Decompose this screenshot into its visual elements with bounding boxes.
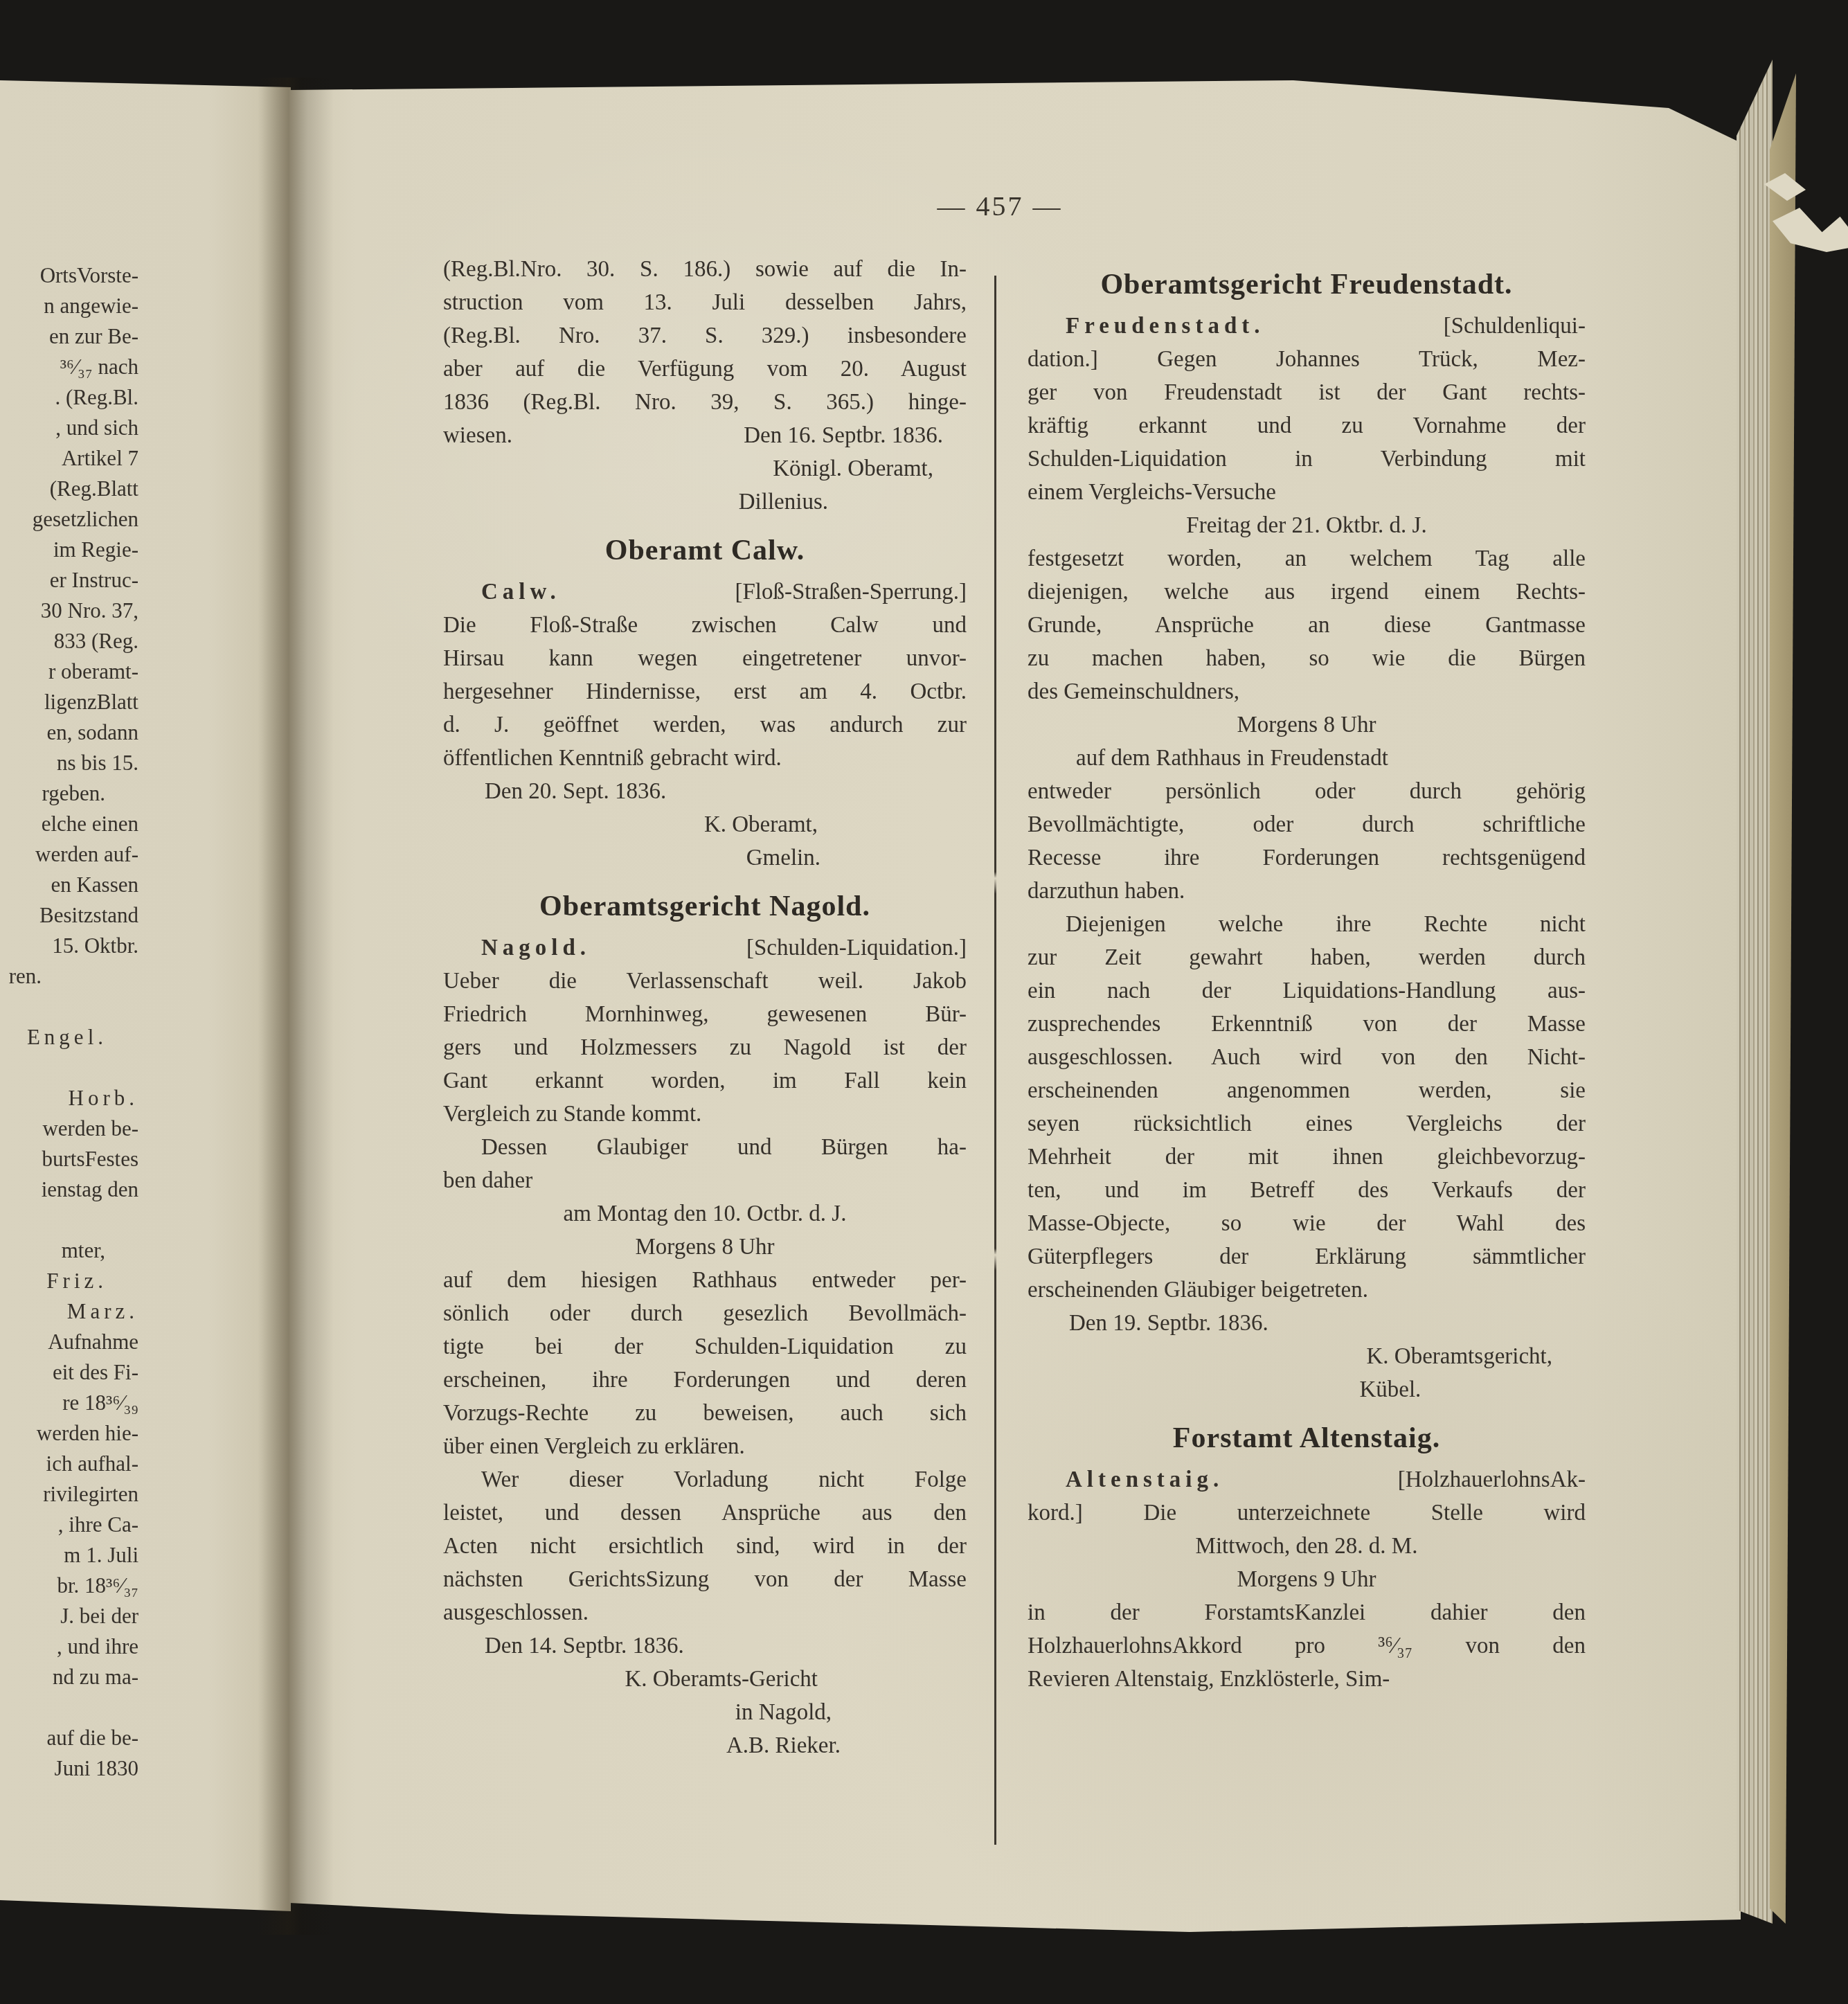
text-column-right: Oberamtsgericht Freudenstadt.Freudenstad… <box>1028 253 1586 1696</box>
facing-page-text-column: OrtsVorste-n angewie-en zur Be-³⁶⁄₃₇ nac… <box>0 260 138 1784</box>
text-line: entweder persönlich oder durch gehörig <box>1028 775 1586 808</box>
section-heading: Oberamtsgericht Freudenstadt. <box>1028 264 1586 305</box>
text-line: burtsFestes <box>0 1144 138 1174</box>
text-line: gesetzlichen <box>0 504 138 535</box>
text-line: Masse-Objecte, so wie der Wahl des <box>1028 1207 1586 1240</box>
text-line: Artikel 7 <box>0 443 138 474</box>
text-line: n angewie- <box>0 291 138 321</box>
text-line: hergesehner Hindernisse, erst am 4. Octb… <box>443 675 967 708</box>
text-line: Recesse ihre Forderungen rechtsgenügend <box>1028 841 1586 875</box>
text-line: tigte bei der Schulden-Liquidation zu <box>443 1330 967 1363</box>
text-line: kräftig erkannt und zu Vornahme der <box>1028 409 1586 442</box>
text-line: sönlich oder durch gesezlich Bevollmäch- <box>443 1297 967 1330</box>
text-line: aber auf die Verfügung vom 20. August <box>443 352 967 386</box>
text-line: Mittwoch, den 28. d. M. <box>1028 1530 1586 1563</box>
text-line: ³⁶⁄₃₇ nach <box>0 352 138 382</box>
text-line: Morgens 8 Uhr <box>1028 708 1586 742</box>
text-line: ben daher <box>443 1164 967 1197</box>
text-line: auf die be- <box>0 1723 138 1753</box>
text-line: br. 18³⁶⁄₃₇ <box>0 1571 138 1601</box>
text-line: erscheinenden Gläubiger beigetreten. <box>1028 1273 1586 1307</box>
text-line: zur Zeit gewahrt haben, werden durch <box>1028 941 1586 974</box>
book-fore-edge-worn <box>1770 66 1796 1924</box>
text-line: Hirsau kann wegen eingetretener unvor- <box>443 642 967 675</box>
text-line: ich aufhal- <box>0 1449 138 1479</box>
text-line: K. Oberamtsgericht, <box>1028 1340 1586 1373</box>
paragraph-label: [HolzhauerlohnsAk- <box>1398 1463 1586 1496</box>
text-line: ein nach der Liquidations-Handlung aus- <box>1028 974 1586 1008</box>
text-line: er Instruc- <box>0 565 138 596</box>
text-line: erscheinen, ihre Forderungen und deren <box>443 1363 967 1397</box>
text-line: kord.] Die unterzeichnete Stelle wird <box>1028 1496 1586 1530</box>
text-line: Den 14. Septbr. 1836. <box>443 1629 967 1663</box>
page-number: — 457 — <box>274 190 1725 222</box>
text-line: A.B. Rieker. <box>443 1729 967 1762</box>
text-line: Vergleich zu Stande kommt. <box>443 1098 967 1131</box>
paragraph-label: [Schulden-Liquidation.] <box>746 931 967 965</box>
text-line: Vorzugs-Rechte zu beweisen, auch sich <box>443 1397 967 1430</box>
text-line: werden be- <box>0 1113 138 1144</box>
text-line: eit des Fi- <box>0 1357 138 1388</box>
text-line: gers und Holzmessers zu Nagold ist der <box>443 1031 967 1064</box>
text-line: öffentlichen Kenntniß gebracht wird. <box>443 742 967 775</box>
text-line: Friedrich Mornhinweg, gewesenen Bür- <box>443 998 967 1031</box>
text-line: Diejenigen welche ihre Rechte nicht <box>1028 908 1586 941</box>
text-line: Bevollmächtigte, oder durch schriftliche <box>1028 808 1586 841</box>
text-line: auf dem hiesigen Rathhaus entweder per- <box>443 1264 967 1297</box>
text-line: zusprechendes Erkenntniß von der Masse <box>1028 1008 1586 1041</box>
text-line: nächsten GerichtsSizung von der Masse <box>443 1563 967 1596</box>
text-line: erscheinenden angenommen werden, sie <box>1028 1074 1586 1107</box>
text-line: Den 20. Sept. 1836. <box>443 775 967 808</box>
text-line: ligenzBlatt <box>0 687 138 717</box>
paragraph-lead-word: Calw. <box>481 575 561 609</box>
section-heading: Oberamtsgericht Nagold. <box>443 886 967 927</box>
text-line: Aufnahme <box>0 1327 138 1357</box>
text-line: (Reg.Blatt <box>0 474 138 504</box>
book-page: — 457 — (Reg.Bl.Nro. 30. S. 186.) sowie … <box>289 78 1741 1935</box>
paragraph-label: [Floß-Straßen-Sperrung.] <box>735 575 967 609</box>
text-line: Marz. <box>0 1296 138 1327</box>
text-line: über einen Vergleich zu erklären. <box>443 1430 967 1463</box>
text-line: re 18³⁶⁄₃₉ <box>0 1388 138 1418</box>
blank-line <box>0 1053 138 1083</box>
text-line: 30 Nro. 37, <box>0 596 138 626</box>
text-line: m 1. Juli <box>0 1540 138 1571</box>
dateline: Den 16. Septbr. 1836. <box>744 419 943 452</box>
text-line: Nagold.[Schulden-Liquidation.] <box>443 931 967 965</box>
text-line: Friz. <box>0 1266 138 1296</box>
text-line: elche einen <box>0 809 138 839</box>
text-line: ten, und im Betreff des Verkaufs der <box>1028 1174 1586 1207</box>
text-line: ausgeschlossen. <box>443 1596 967 1629</box>
text-line: , und ihre <box>0 1631 138 1662</box>
text-line: des Gemeinschuldners, <box>1028 675 1586 708</box>
text-line: mter, <box>0 1235 138 1266</box>
text-line: einem Vergleichs-Versuche <box>1028 476 1586 509</box>
paragraph-lead-word: Nagold. <box>481 931 591 965</box>
text-line: 15. Oktbr. <box>0 931 138 961</box>
text-line: darzuthun haben. <box>1028 875 1586 908</box>
text-line: in Nagold, <box>443 1696 967 1729</box>
text-line: Revieren Altenstaig, Enzklösterle, Sim- <box>1028 1663 1586 1696</box>
text-line: Morgens 8 Uhr <box>443 1231 967 1264</box>
text-line: 833 (Reg. <box>0 626 138 656</box>
text-line: seyen rücksichtlich eines Vergleichs der <box>1028 1107 1586 1140</box>
text-line: Wer dieser Vorladung nicht Folge <box>443 1463 967 1496</box>
text-line: wiesen.Den 16. Septbr. 1836. <box>443 419 967 452</box>
text-line: Calw.[Floß-Straßen-Sperrung.] <box>443 575 967 609</box>
text-line: struction vom 13. Juli desselben Jahrs, <box>443 286 967 319</box>
text-line: werden auf- <box>0 839 138 870</box>
text-column-left: (Reg.Bl.Nro. 30. S. 186.) sowie auf die … <box>443 253 967 1762</box>
text-line: im Regie- <box>0 535 138 565</box>
text-line: Gmelin. <box>443 841 967 875</box>
text-line: Horb. <box>0 1083 138 1113</box>
text-line: leistet, und dessen Ansprüche aus den <box>443 1496 967 1530</box>
text-line: Engel. <box>0 1022 138 1053</box>
text-line: , und sich <box>0 413 138 443</box>
text-line: (Reg.Bl.Nro. 30. S. 186.) sowie auf die … <box>443 253 967 286</box>
book-fore-edge-pages <box>1737 60 1773 1924</box>
text-line: ienstag den <box>0 1174 138 1205</box>
text-line: dation.] Gegen Johannes Trück, Mez- <box>1028 343 1586 376</box>
text-line: Altenstaig.[HolzhauerlohnsAk- <box>1028 1463 1586 1496</box>
paragraph-lead-word: Altenstaig. <box>1066 1463 1223 1496</box>
text-line: Acten nicht ersichtlich sind, wird in de… <box>443 1530 967 1563</box>
text-line: in der ForstamtsKanzlei dahier den <box>1028 1596 1586 1629</box>
column-divider-rule <box>994 276 996 1845</box>
blank-line <box>0 1205 138 1235</box>
paragraph-label: [Schuldenliqui- <box>1444 310 1586 343</box>
text-line: ren. <box>0 961 138 992</box>
line-left-part: wiesen. <box>443 419 512 452</box>
text-line: . (Reg.Bl. <box>0 382 138 413</box>
text-line: Schulden-Liquidation in Verbindung mit <box>1028 442 1586 476</box>
text-line: festgesetzt worden, an welchem Tag alle <box>1028 542 1586 575</box>
section-heading: Oberamt Calw. <box>443 530 967 571</box>
text-line: Besitzstand <box>0 900 138 931</box>
blank-line <box>0 1692 138 1723</box>
text-line: ns bis 15. <box>0 748 138 778</box>
text-line: Freitag der 21. Oktbr. d. J. <box>1028 509 1586 542</box>
text-line: Dessen Glaubiger und Bürgen ha- <box>443 1131 967 1164</box>
text-line: en Kassen <box>0 870 138 900</box>
text-line: Güterpflegers der Erklärung sämmtlicher <box>1028 1240 1586 1273</box>
text-line: Freudenstadt.[Schuldenliqui- <box>1028 310 1586 343</box>
text-line: K. Oberamt, <box>443 808 967 841</box>
section-heading: Forstamt Altenstaig. <box>1028 1417 1586 1459</box>
text-line: Gant erkannt worden, im Fall kein <box>443 1064 967 1098</box>
text-line: J. bei der <box>0 1601 138 1631</box>
facing-page-edge: OrtsVorste-n angewie-en zur Be-³⁶⁄₃₇ nac… <box>0 79 291 1911</box>
text-line: Die Floß-Straße zwischen Calw und <box>443 609 967 642</box>
text-line: diejenigen, welche aus irgend einem Rech… <box>1028 575 1586 609</box>
text-line: , ihre Ca- <box>0 1510 138 1540</box>
text-line: werden hie- <box>0 1418 138 1449</box>
text-line: ausgeschlossen. Auch wird von den Nicht- <box>1028 1041 1586 1074</box>
text-line: Juni 1830 <box>0 1753 138 1784</box>
text-line: am Montag den 10. Octbr. d. J. <box>443 1197 967 1231</box>
text-line: OrtsVorste- <box>0 260 138 291</box>
text-line: (Reg.Bl. Nro. 37. S. 329.) insbesondere <box>443 319 967 352</box>
text-line: en zur Be- <box>0 321 138 352</box>
text-line: auf dem Rathhaus in Freudenstadt <box>1028 742 1586 775</box>
scanned-book-photo: { "meta": { "page_number": "457", "page_… <box>0 0 1848 2004</box>
text-line: rgeben. <box>0 778 138 809</box>
text-line: r oberamt- <box>0 656 138 687</box>
blank-line <box>0 992 138 1022</box>
text-line: Morgens 9 Uhr <box>1028 1563 1586 1596</box>
text-line: nd zu ma- <box>0 1662 138 1692</box>
text-line: Kübel. <box>1028 1373 1586 1406</box>
text-line: Königl. Oberamt, <box>443 452 967 485</box>
text-line: d. J. geöffnet werden, was andurch zur <box>443 708 967 742</box>
text-line: ger von Freudenstadt ist der Gant rechts… <box>1028 376 1586 409</box>
text-line: rivilegirten <box>0 1479 138 1510</box>
text-line: HolzhauerlohnsAkkord pro ³⁶⁄₃₇ von den <box>1028 1629 1586 1663</box>
text-line: en, sodann <box>0 717 138 748</box>
text-line: Den 19. Septbr. 1836. <box>1028 1307 1586 1340</box>
text-line: Dillenius. <box>443 485 967 519</box>
text-line: 1836 (Reg.Bl. Nro. 39, S. 365.) hinge- <box>443 386 967 419</box>
paragraph-lead-word: Freudenstadt. <box>1066 310 1265 343</box>
text-line: Mehrheit der mit ihnen gleichbevorzug- <box>1028 1140 1586 1174</box>
text-line: Grunde, Ansprüche an diese Gantmasse <box>1028 609 1586 642</box>
text-line: K. Oberamts-Gericht <box>443 1663 967 1696</box>
text-line: Ueber die Verlassenschaft weil. Jakob <box>443 965 967 998</box>
text-line: zu machen haben, so wie die Bürgen <box>1028 642 1586 675</box>
